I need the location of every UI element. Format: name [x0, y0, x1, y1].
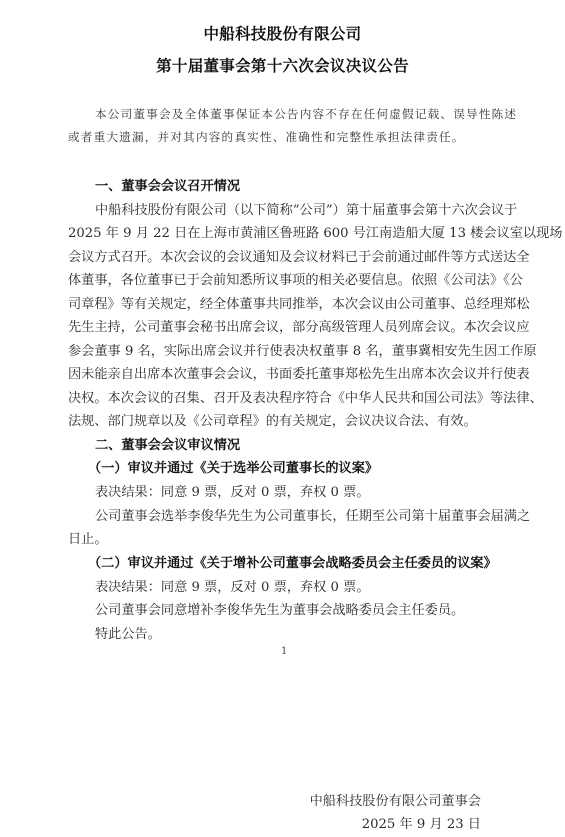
item-1-content-line: 日止。: [68, 532, 482, 548]
section-1-line: 法规、部门规章以及《公司章程》的有关规定，会议决议合法、有效。: [68, 414, 482, 430]
company-name: 中船科技股份有限公司: [0, 22, 565, 44]
section-1-line: 因未能亲自出席本次董事会会议，书面委托董事郑松先生出席本次会议并行使表: [68, 367, 482, 383]
disclaimer-line-2: 或者重大遗漏，并对其内容的真实性、准确性和完整性承担法律责任。: [68, 129, 482, 145]
document-title: 第十届董事会第十六次会议决议公告: [0, 54, 565, 76]
section-2-heading: 二、董事会会议审议情况: [95, 438, 482, 454]
section-1-line: 会议方式召开。本次会议的会议通知及会议材料已于会前通过邮件等方式送达全: [68, 250, 482, 266]
document-page: 中船科技股份有限公司 第十届董事会第十六次会议决议公告 本公司董事会及全体董事保…: [0, 0, 565, 837]
section-1-line: 体董事，各位董事已于会前知悉所议事项的相关必要信息。依照《公司法》《公: [68, 273, 482, 289]
section-1-line: 先生主持，公司董事会秘书出席会议，部分高级管理人员列席会议。本次会议应: [68, 320, 482, 336]
disclaimer-line-1: 本公司董事会及全体董事保证本公告内容不存在任何虚假记载、误导性陈述: [95, 106, 482, 122]
closing-statement: 特此公告。: [95, 627, 482, 643]
section-1-line: 司章程》等有关规定，经全体董事共同推举，本次会议由公司董事、总经理郑松: [68, 297, 482, 313]
section-1-line: 2025 年 9 月 22 日在上海市黄浦区鲁班路 600 号江南造船大厦 13…: [68, 226, 482, 242]
item-1-content-line: 公司董事会选举李俊华先生为公司董事长，任期至公司第十届董事会届满之: [95, 509, 482, 525]
item-1-vote-result: 表决结果：同意 9 票，反对 0 票，弃权 0 票。: [95, 485, 482, 501]
signature-org: 中船科技股份有限公司董事会: [310, 790, 481, 809]
page-number: 1: [281, 646, 287, 657]
section-1-line: 参会董事 9 名，实际出席会议并行使表决权董事 8 名，董事冀相安先生因工作原: [68, 344, 482, 360]
item-2-vote-result: 表决结果：同意 9 票，反对 0 票，弃权 0 票。: [95, 580, 482, 596]
signature-date: 2025 年 9 月 23 日: [362, 813, 481, 832]
item-2-heading: （二）审议并通过《关于增补公司董事会战略委员会主任委员的议案》: [88, 556, 475, 572]
item-2-content-line: 公司董事会同意增补李俊华先生为董事会战略委员会主任委员。: [95, 603, 482, 619]
item-1-heading: （一）审议并通过《关于选举公司董事长的议案》: [88, 461, 475, 477]
section-1-line: 决权。本次会议的召集、召开及表决程序符合《中华人民共和国公司法》等法律、: [68, 391, 482, 407]
section-1-heading: 一、董事会会议召开情况: [95, 179, 482, 195]
section-1-line: 中船科技股份有限公司（以下简称“公司”）第十届董事会第十六次会议于: [95, 203, 482, 219]
